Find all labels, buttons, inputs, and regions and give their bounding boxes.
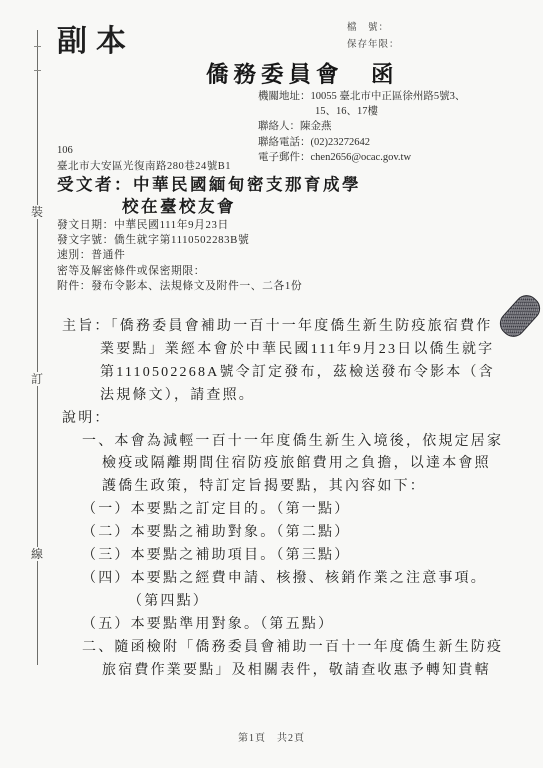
letter-body: 主旨：「僑務委員會補助一百十一年度僑生新生防疫旅宿費作 業要點」業經本會於中華民… bbox=[62, 316, 522, 683]
file-reference-block: 檔 號： 保存年限： bbox=[347, 20, 400, 54]
binding-margin-line bbox=[37, 30, 38, 665]
retention-period-label: 保存年限： bbox=[347, 37, 400, 54]
explanation-subitem: （二）本要點之補助對象。（第二點） bbox=[82, 522, 522, 545]
security-classification: 密等及解密條件或保密期限： bbox=[57, 264, 302, 279]
recipient-name-line1: 受文者：中華民國緬甸密支那育成學 bbox=[57, 171, 361, 195]
explanation-subitem: （三）本要點之補助項目。（第三點） bbox=[82, 545, 522, 568]
explanation-item: 一、本會為減輕一百十一年度僑生新生入境後，依規定居家 bbox=[82, 431, 522, 454]
explanation-item-wrap: 護僑生政策，特訂定旨揭要點，其內容如下： bbox=[102, 476, 522, 499]
explanation-subitem: （四）本要點之經費申請、核撥、核銷作業之注意事項。 bbox=[82, 568, 522, 591]
issue-number: 發文字號：僑生就字第1110502283B號 bbox=[57, 233, 302, 248]
delivery-speed: 速別：普通件 bbox=[57, 248, 302, 263]
agency-address-line2: 15、16、17樓 bbox=[258, 104, 465, 119]
scanned-official-letter: 裝 訂 線 副本 檔 號： 保存年限： 僑務委員會 函 機關地址：10055 臺… bbox=[0, 0, 543, 768]
document-title: 僑務委員會 函 bbox=[206, 57, 399, 89]
subject-line: 業要點」業經本會於中華民國111年9月23日以僑生就字 bbox=[100, 339, 522, 362]
binding-mark-xian: 線 bbox=[29, 547, 45, 561]
file-number-label: 檔 號： bbox=[347, 20, 400, 37]
subject-line: 主旨：「僑務委員會補助一百十一年度僑生新生防疫旅宿費作 bbox=[62, 316, 522, 339]
recipient-name-line2: 校在臺校友會 bbox=[122, 193, 236, 217]
subject-line: 法規條文），請查照。 bbox=[100, 385, 522, 408]
page-number: 第1頁 共2頁 bbox=[0, 729, 543, 744]
explanation-item-wrap: 檢疫或隔離期間住宿防疫旅館費用之負擔，以達本會照 bbox=[102, 453, 522, 476]
contact-phone: 聯絡電話：(02)23272642 bbox=[258, 135, 465, 150]
binding-tick bbox=[34, 70, 41, 71]
subject-line: 第1110502268A號令訂定發布，茲檢送發布令影本（含 bbox=[100, 362, 522, 385]
explanation-subitem: （一）本要點之訂定目的。（第一點） bbox=[82, 499, 522, 522]
contact-person: 聯絡人：陳金燕 bbox=[258, 119, 465, 134]
explanation-item-wrap: 旅宿費作業要點」及相關表件，敬請查收惠予轉知貴轄 bbox=[102, 660, 522, 683]
explanation-subitem-wrap: （第四點） bbox=[128, 591, 522, 614]
explanation-item: 二、隨函檢附「僑務委員會補助一百十一年度僑生新生防疫 bbox=[82, 637, 522, 660]
issue-date: 發文日期：中華民國111年9月23日 bbox=[57, 218, 302, 233]
copy-label: 副本 bbox=[57, 16, 135, 60]
document-meta-block: 發文日期：中華民國111年9月23日 發文字號：僑生就字第1110502283B… bbox=[57, 218, 302, 294]
contact-email: 電子郵件：chen2656@ocac.gov.tw bbox=[258, 150, 465, 165]
agency-address-line1: 機關地址：10055 臺北市中正區徐州路5號3、 bbox=[258, 89, 465, 104]
binding-mark-zhuang: 裝 bbox=[29, 205, 45, 219]
binding-mark-ding: 訂 bbox=[29, 372, 45, 386]
binding-tick bbox=[34, 46, 41, 47]
agency-contact-block: 機關地址：10055 臺北市中正區徐州路5號3、 15、16、17樓 聯絡人：陳… bbox=[258, 89, 465, 165]
attachments-note: 附件：發布令影本、法規條文及附件一、二各1份 bbox=[57, 279, 302, 294]
recipient-postal-code: 106 bbox=[57, 145, 73, 156]
explanation-subitem: （五）本要點準用對象。（第五點） bbox=[82, 614, 522, 637]
explanation-heading: 說明： bbox=[62, 408, 522, 431]
